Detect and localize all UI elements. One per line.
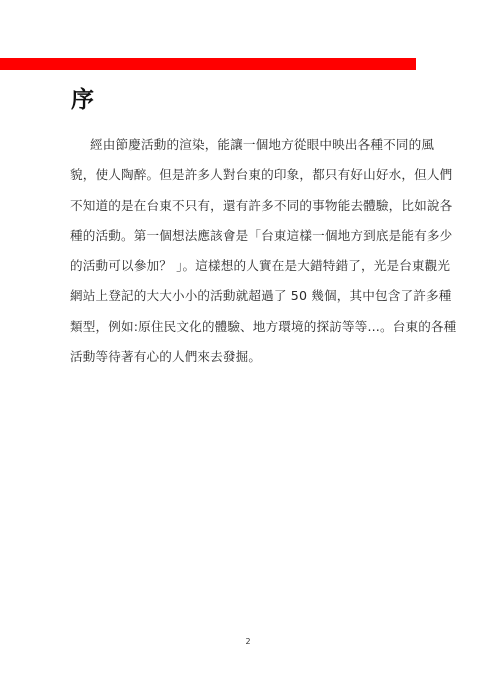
paragraph-line: 的活動可以參加？ 」。這樣想的人實在是大錯特錯了，光是台東觀光: [70, 255, 410, 285]
paragraph-line: 類型，例如:原住民文化的體驗、地方環境的探訪等等...。台東的各種: [70, 316, 410, 346]
paragraph-line: 經由節慶活動的渲染，能讓一個地方從眼中映出各種不同的風: [70, 134, 410, 164]
paragraph-line: 不知道的是在台東不只有，還有許多不同的事物能去體驗，比如說各: [70, 195, 410, 225]
paragraph-line: 貌，使人陶醉。但是許多人對台東的印象，都只有好山好水，但人們: [70, 164, 410, 194]
page-number: 2: [243, 637, 253, 646]
document-page: 序 經由節慶活動的渲染，能讓一個地方從眼中映出各種不同的風 貌，使人陶醉。但是許…: [0, 0, 495, 700]
preface-paragraph: 經由節慶活動的渲染，能讓一個地方從眼中映出各種不同的風 貌，使人陶醉。但是許多人…: [70, 134, 410, 376]
section-title: 序: [71, 86, 94, 114]
header-accent-bar: [0, 58, 416, 70]
paragraph-line: 網站上登記的大大小小的活動就超過了 50 幾個，其中包含了許多種: [70, 285, 410, 315]
paragraph-line: 種的活動。第一個想法應該會是「台東這樣一個地方到底是能有多少: [70, 225, 410, 255]
paragraph-line: 活動等待著有心的人們來去發掘。: [70, 346, 410, 376]
